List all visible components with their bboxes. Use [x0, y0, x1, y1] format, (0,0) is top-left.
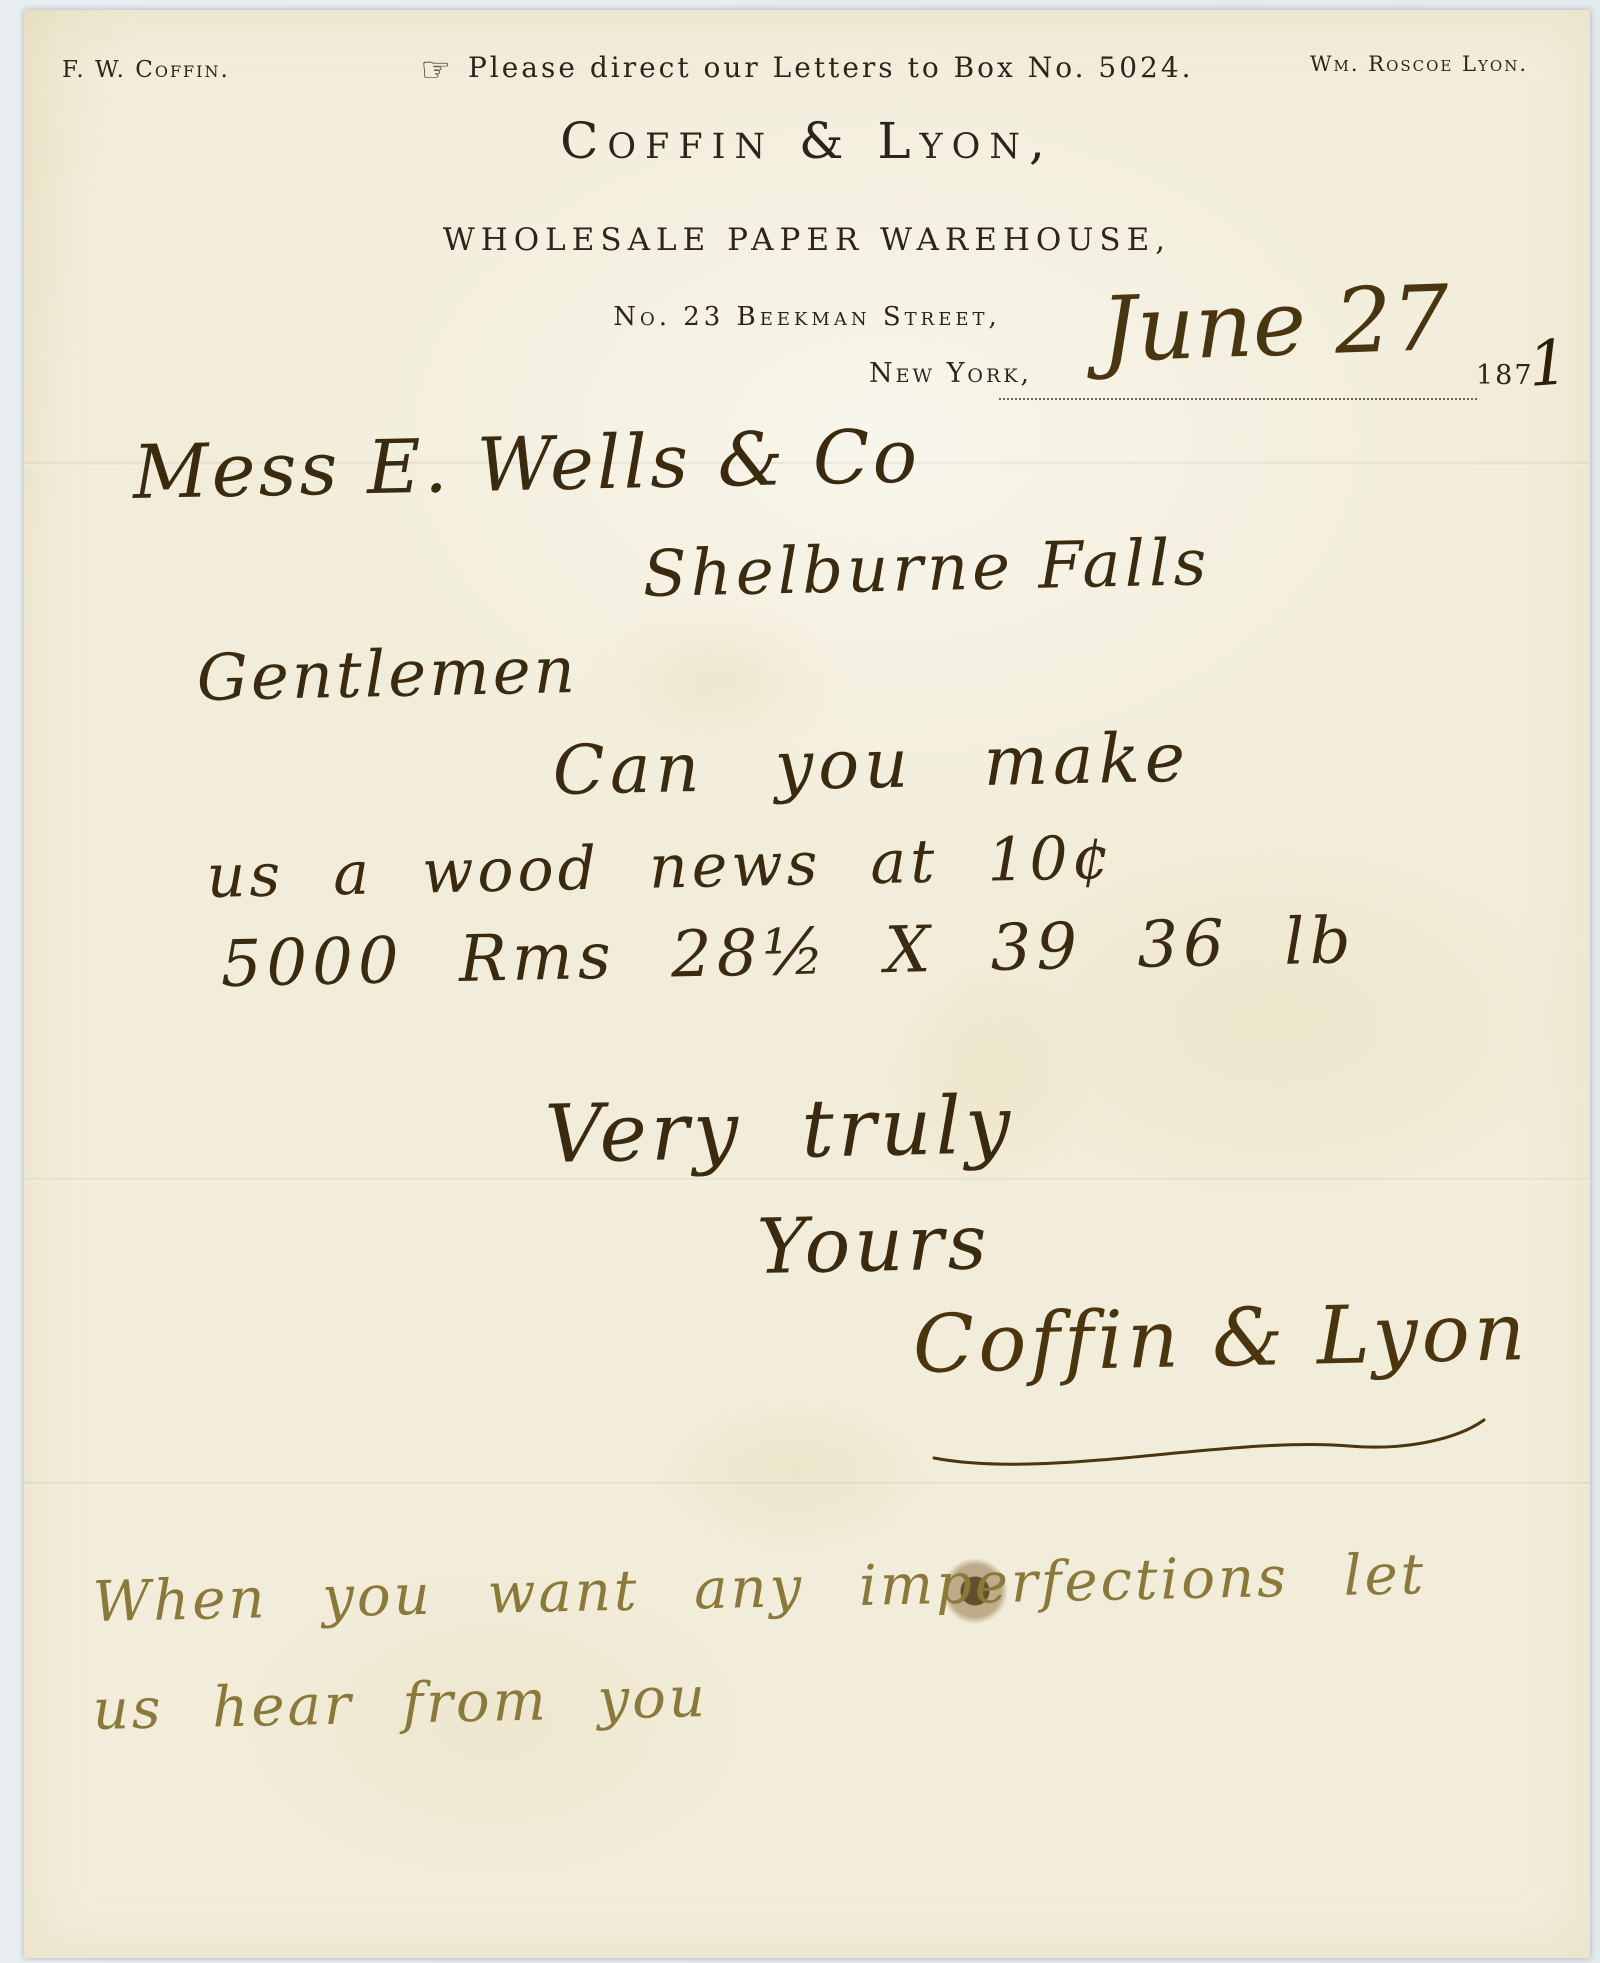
- body-line-2: us a wood news at 10¢: [206, 823, 1115, 912]
- business-line: WHOLESALE PAPER WAREHOUSE,: [24, 222, 1590, 258]
- signature-flourish: [929, 1408, 1489, 1478]
- closing-line-2: Yours: [756, 1197, 991, 1291]
- fold-crease: [24, 1482, 1590, 1486]
- recipient-place-line: Shelburne Falls: [642, 526, 1211, 612]
- partner-name-right: Wm. Roscoe Lyon.: [1310, 52, 1528, 76]
- fold-crease: [24, 1178, 1590, 1182]
- closing-line-1: Very truly: [544, 1078, 1015, 1181]
- signature: Coffin & Lyon: [912, 1285, 1530, 1391]
- handwritten-year-digit: 1: [1526, 325, 1570, 401]
- body-line-3: 5000 Rms 28½ X 39 36 lb: [220, 904, 1356, 1002]
- handwritten-date: June 27: [1099, 266, 1451, 383]
- postscript-line-2: us hear from you: [92, 1665, 709, 1743]
- manicule-icon: ☞: [420, 50, 453, 90]
- company-name: Coffin & Lyon,: [24, 112, 1590, 170]
- recipient-line: Mess E. Wells & Co: [132, 414, 921, 516]
- postscript-line-1: When you want any imperfections let: [92, 1542, 1427, 1635]
- notice-text: Please direct our Letters to Box No. 502…: [468, 51, 1194, 84]
- letter-paper: F. W. Coffin. ☞Please direct our Letters…: [24, 10, 1590, 1958]
- year-printed: 187: [1476, 360, 1534, 391]
- paper-stain: [644, 1390, 944, 1560]
- body-line-1: Can you make: [552, 719, 1191, 811]
- salutation-line: Gentlemen: [196, 634, 579, 716]
- scan-background: { "letterhead": { "partner_left": "F. W.…: [0, 0, 1600, 1963]
